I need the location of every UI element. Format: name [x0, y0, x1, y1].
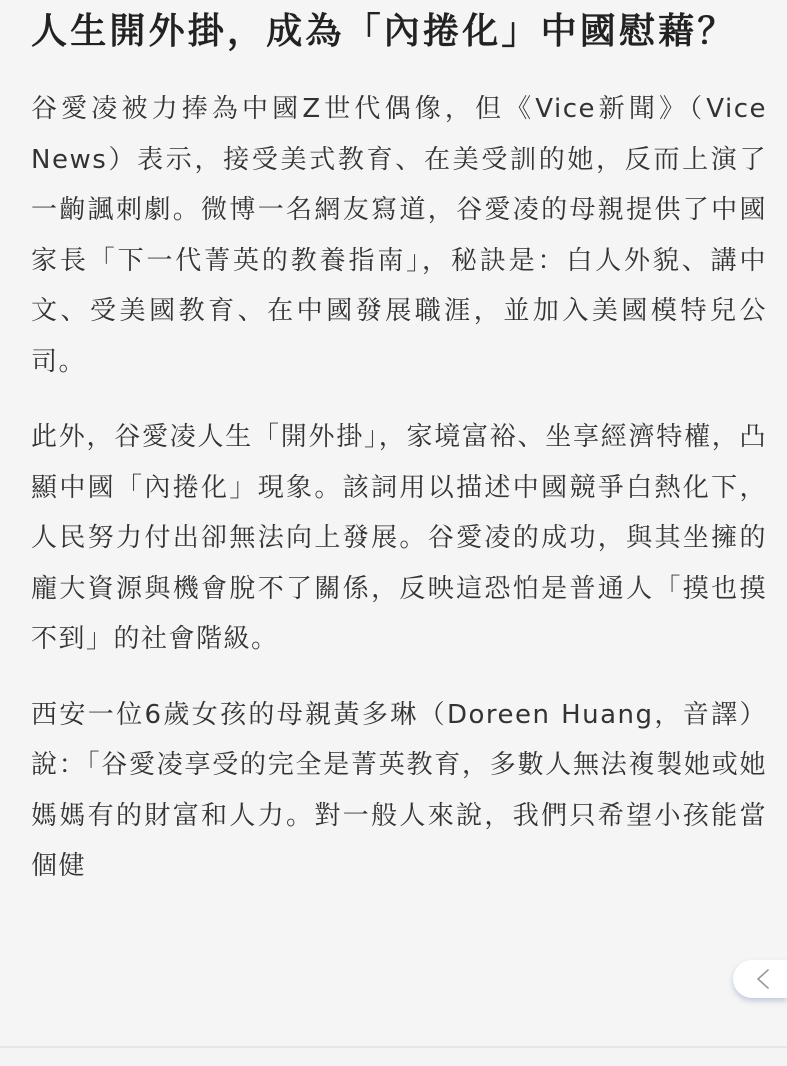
article-paragraph: 此外，谷愛凌人生「開外掛」，家境富裕、坐享經濟特權，凸顯中國「內捲化」現象。該詞… — [31, 412, 767, 665]
bottom-bar — [0, 1046, 787, 1066]
article-title: 人生開外掛，成為「內捲化」中國慰藉？ — [31, 0, 767, 62]
article-paragraph: 谷愛凌被力捧為中國Z世代偶像，但《Vice新聞》（Vice News）表示，接受… — [31, 84, 767, 387]
article-paragraph: 西安一位6歲女孩的母親黃多琳（Doreen Huang，音譯）說：「谷愛凌享受的… — [31, 690, 767, 892]
side-drawer-toggle-button[interactable] — [733, 960, 787, 998]
article: 人生開外掛，成為「內捲化」中國慰藉？ 谷愛凌被力捧為中國Z世代偶像，但《Vice… — [31, 0, 767, 892]
chevron-left-icon — [749, 968, 771, 990]
